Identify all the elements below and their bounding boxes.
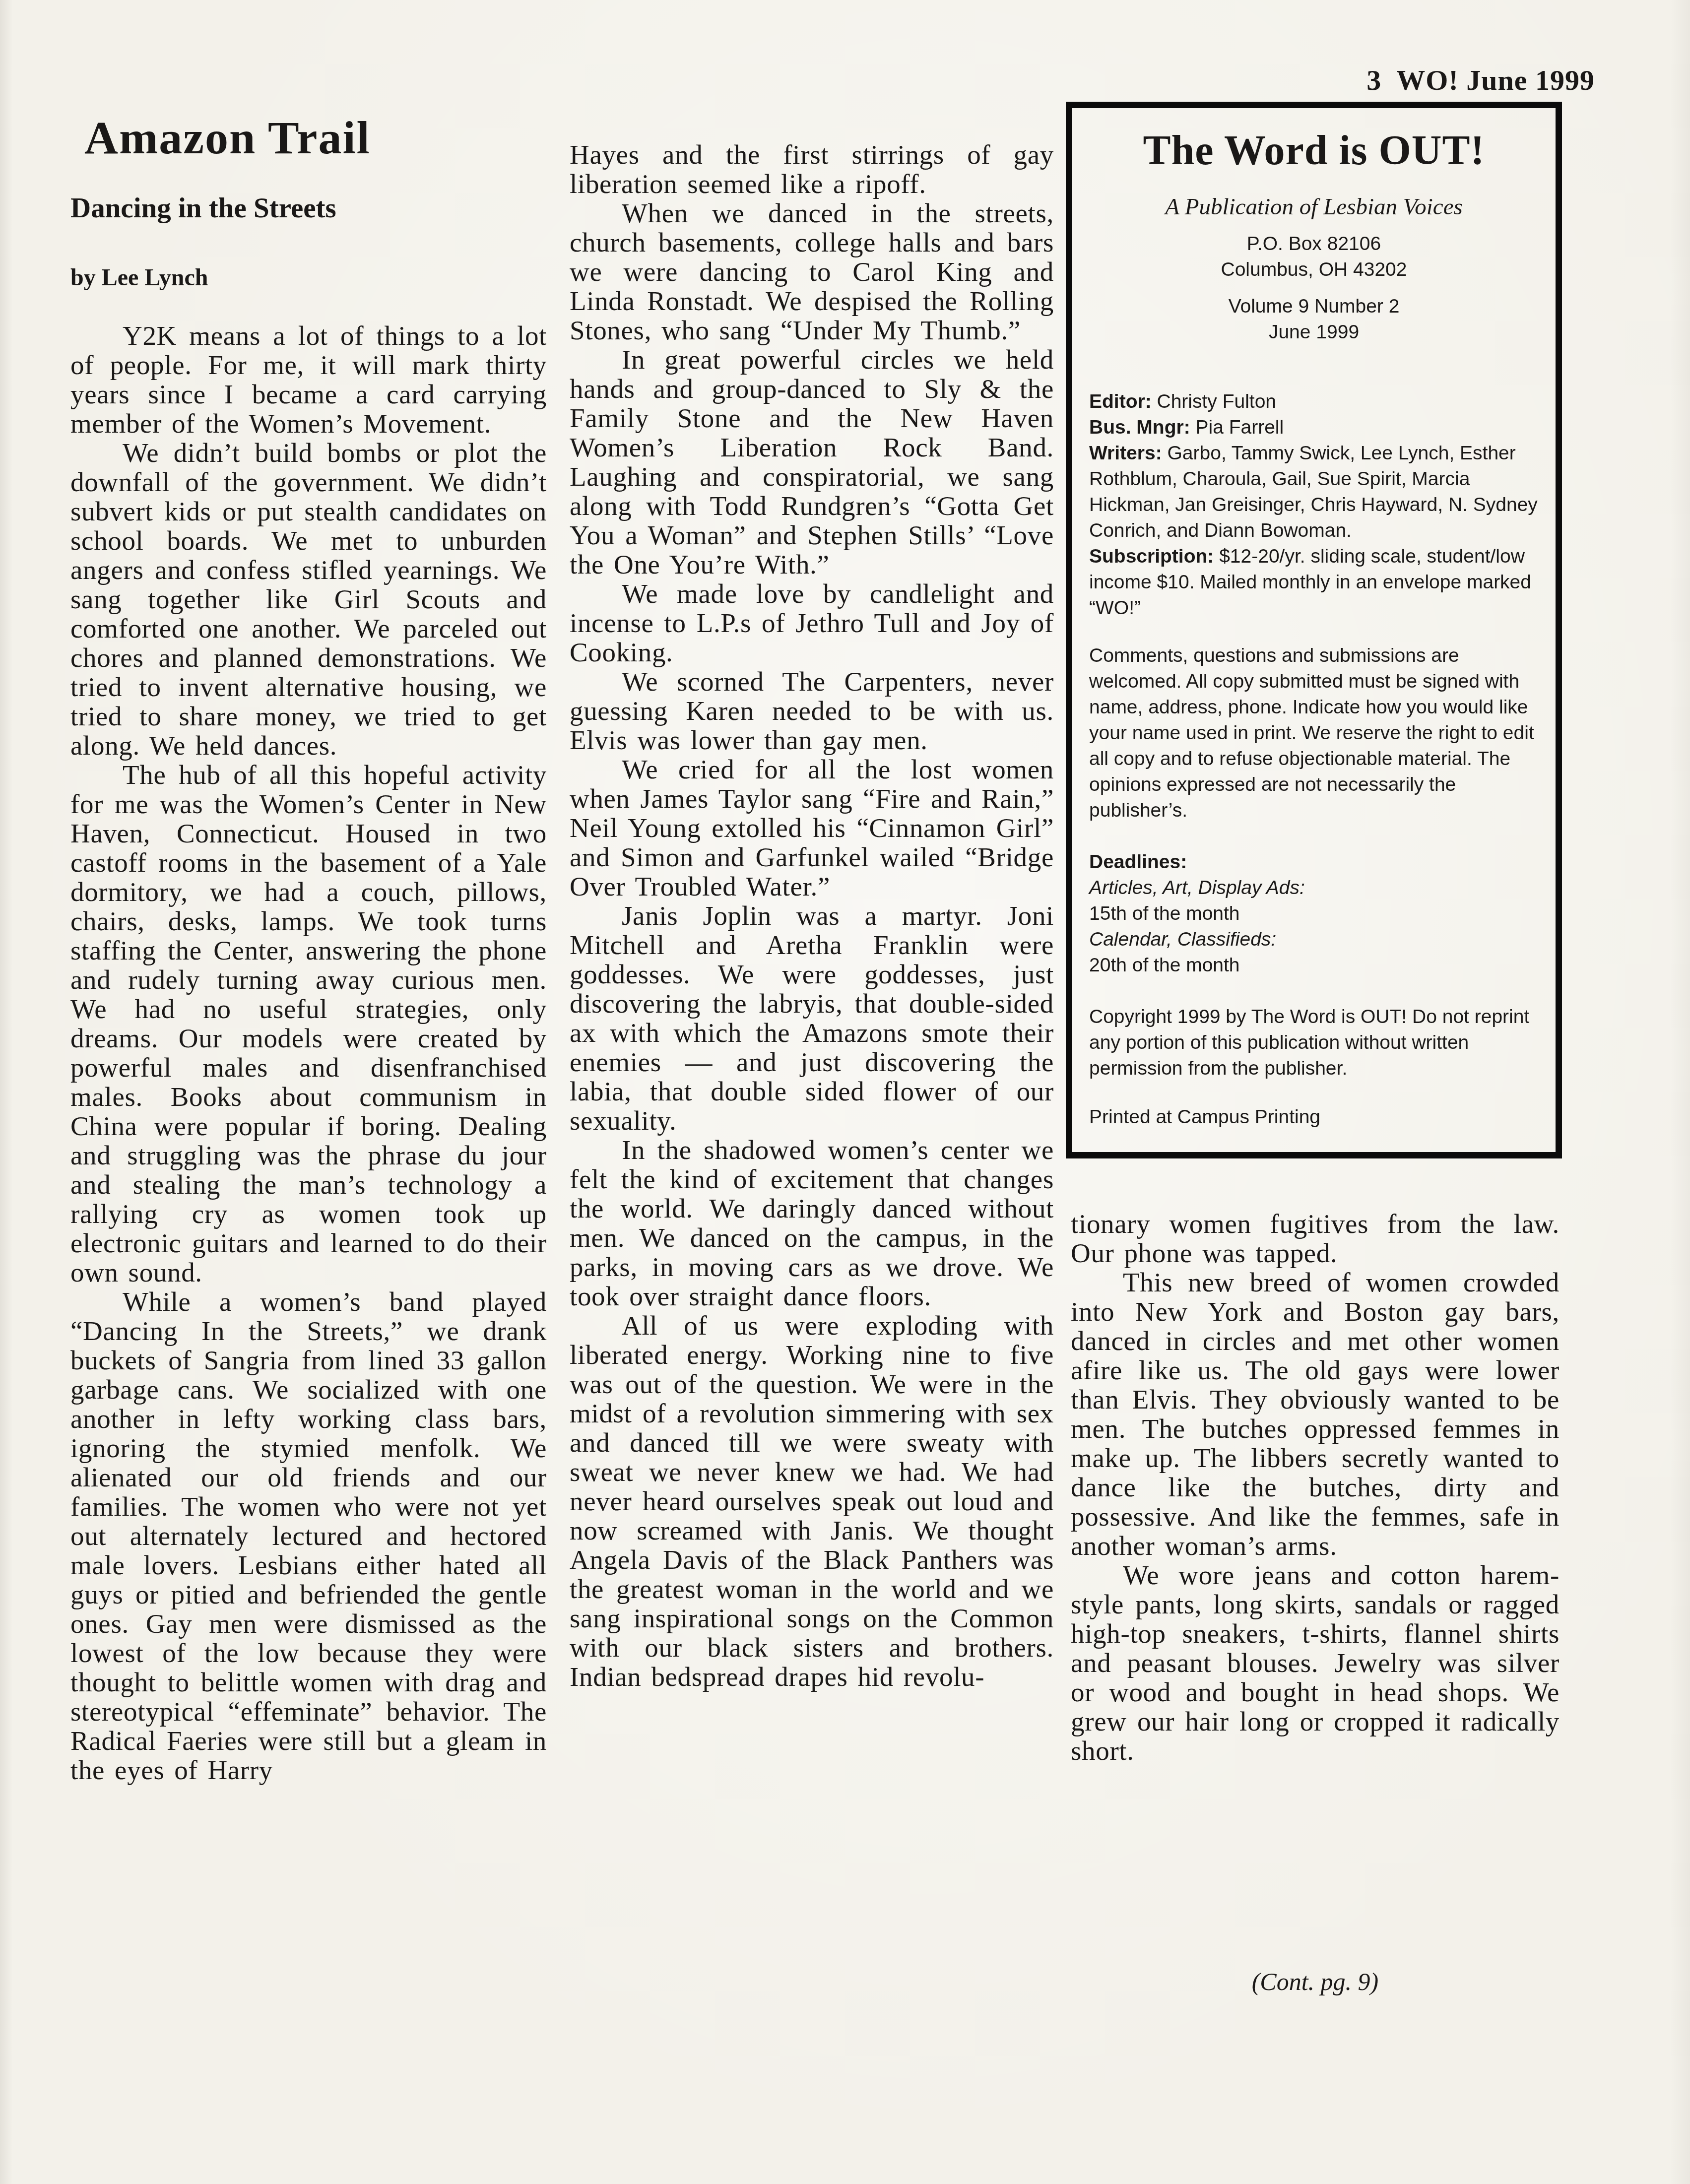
masthead-deadline-articles-label: Articles, Art, Display Ads: — [1089, 875, 1539, 901]
masthead-busmngr-value: Pia Farrell — [1190, 417, 1284, 438]
paragraph: In the shadowed women’s center we felt t… — [570, 1135, 1054, 1311]
paragraph: Y2K means a lot of things to a lot of pe… — [70, 321, 547, 438]
article-column-1: Amazon Trail Dancing in the Streets by L… — [70, 113, 547, 1785]
newsletter-page: 3 WO! June 1999 Amazon Trail Dancing in … — [0, 0, 1690, 2184]
paragraph: We cried for all the lost women when Jam… — [570, 755, 1054, 901]
article-body-col2: Hayes and the first stirrings of gay lib… — [570, 140, 1054, 1691]
paragraph: Janis Joplin was a martyr. Joni Mitchell… — [570, 901, 1054, 1135]
masthead-subscription-label: Subscription: — [1089, 546, 1214, 567]
paragraph: tionary women fugitives from the law. Ou… — [1071, 1209, 1560, 1268]
article-body-col3: tionary women fugitives from the law. Ou… — [1071, 1209, 1560, 1765]
paragraph: In great powerful circles we held hands … — [570, 345, 1054, 579]
masthead-subscription: Subscription: $12-20/yr. sliding scale, … — [1089, 544, 1539, 621]
masthead-volume: Volume 9 Number 2 — [1089, 294, 1539, 320]
masthead-writers: Writers: Garbo, Tammy Swick, Lee Lynch, … — [1089, 441, 1539, 544]
masthead-deadline-calendar-value: 20th of the month — [1089, 953, 1539, 978]
continuation-note: (Cont. pg. 9) — [1071, 1967, 1560, 1996]
masthead-address-line1: P.O. Box 82106 — [1089, 231, 1539, 257]
masthead-copyright: Copyright 1999 by The Word is OUT! Do no… — [1089, 1004, 1539, 1082]
masthead-tagline: A Publication of Lesbian Voices — [1089, 193, 1539, 220]
page-header: 3 WO! June 1999 — [1366, 64, 1595, 97]
paragraph: We scorned The Carpenters, never guessin… — [570, 667, 1054, 755]
masthead-deadlines-label-text: Deadlines: — [1089, 851, 1187, 873]
masthead-date: June 1999 — [1089, 320, 1539, 345]
paragraph: We wore jeans and cotton harem-style pan… — [1071, 1560, 1560, 1765]
masthead-editor-label: Editor: — [1089, 391, 1152, 412]
article-subtitle: Dancing in the Streets — [70, 193, 547, 223]
article-column-2: Hayes and the first stirrings of gay lib… — [570, 140, 1054, 1691]
masthead-editor-value: Christy Fulton — [1152, 391, 1276, 412]
article-column-3: The Word is OUT! A Publication of Lesbia… — [1066, 102, 1562, 1765]
masthead-title: The Word is OUT! — [1089, 128, 1539, 174]
paragraph: While a women’s band played “Dancing In … — [70, 1287, 547, 1785]
masthead-deadline-articles-value: 15th of the month — [1089, 901, 1539, 927]
masthead-editor: Editor: Christy Fulton — [1089, 389, 1539, 415]
article-byline: by Lee Lynch — [70, 264, 547, 291]
paragraph: This new breed of women crowded into New… — [1071, 1268, 1560, 1560]
masthead-writers-label: Writers: — [1089, 443, 1162, 464]
masthead-deadlines-label: Deadlines: — [1089, 849, 1539, 875]
article-body-col1: Y2K means a lot of things to a lot of pe… — [70, 321, 547, 1785]
masthead-address-line2: Columbus, OH 43202 — [1089, 257, 1539, 283]
masthead-printer: Printed at Campus Printing — [1089, 1104, 1539, 1130]
article-title: Amazon Trail — [84, 113, 547, 163]
masthead-box: The Word is OUT! A Publication of Lesbia… — [1066, 102, 1562, 1158]
paragraph: When we danced in the streets, church ba… — [570, 198, 1054, 345]
paragraph: Hayes and the first stirrings of gay lib… — [570, 140, 1054, 198]
paragraph: We didn’t build bombs or plot the downfa… — [70, 438, 547, 760]
masthead-deadline-calendar-label: Calendar, Classifieds: — [1089, 927, 1539, 953]
paragraph: All of us were exploding with liberated … — [570, 1311, 1054, 1691]
masthead-busmngr-label: Bus. Mngr: — [1089, 417, 1190, 438]
masthead-busmngr: Bus. Mngr: Pia Farrell — [1089, 415, 1539, 441]
paragraph: The hub of all this hopeful activity for… — [70, 760, 547, 1287]
paragraph: We made love by candlelight and incense … — [570, 579, 1054, 667]
masthead-comments: Comments, questions and submissions are … — [1089, 643, 1539, 824]
